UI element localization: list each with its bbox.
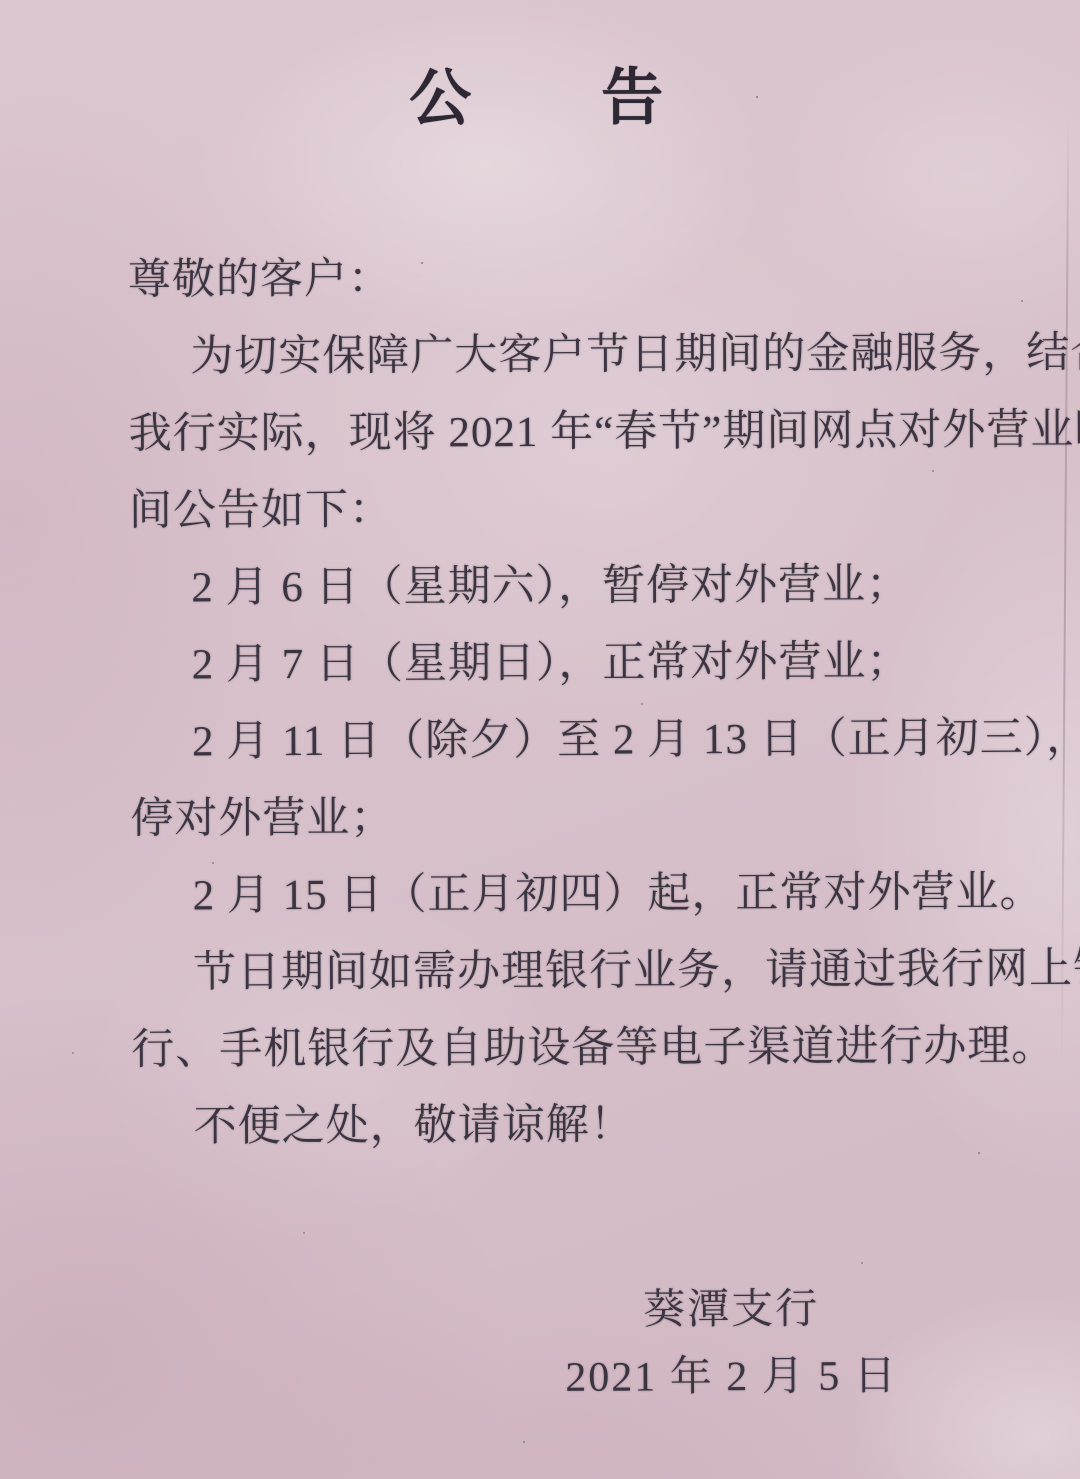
schedule-line: 2 月 11 日（除夕）至 2 月 13 日（正月初三），暂 bbox=[130, 700, 1080, 781]
notice-body: 尊敬的客户： 为切实保障广大客户节日期间的金融服务，结合 我行实际，现将 202… bbox=[128, 238, 1080, 1166]
schedule-line: 2 月 15 日（正月初四）起，正常对外营业。 bbox=[131, 854, 1080, 935]
body-line: 我行实际，现将 2021 年“春节”期间网点对外营业时 bbox=[128, 392, 1078, 473]
body-line: 行、手机银行及自助设备等电子渠道进行办理。 bbox=[131, 1008, 1080, 1089]
signature-branch: 葵潭支行 bbox=[565, 1276, 898, 1344]
schedule-line: 2 月 6 日（星期六），暂停对外营业； bbox=[129, 546, 1079, 627]
signature-block: 葵潭支行 2021 年 2 月 5 日 bbox=[565, 1276, 898, 1411]
salutation-line: 尊敬的客户： bbox=[128, 238, 1078, 319]
notice-paper: 公 告 尊敬的客户： 为切实保障广大客户节日期间的金融服务，结合 我行实际，现将… bbox=[0, 0, 1080, 1479]
schedule-line: 2 月 7 日（星期日），正常对外营业； bbox=[130, 623, 1080, 704]
body-line: 间公告如下： bbox=[129, 469, 1079, 550]
schedule-line: 停对外营业； bbox=[130, 777, 1080, 858]
notice-title: 公 告 bbox=[0, 46, 1077, 140]
notice-content: 公 告 尊敬的客户： 为切实保障广大客户节日期间的金融服务，结合 我行实际，现将… bbox=[0, 0, 1080, 1479]
body-line: 为切实保障广大客户节日期间的金融服务，结合 bbox=[128, 315, 1078, 396]
signature-date: 2021 年 2 月 5 日 bbox=[565, 1343, 898, 1411]
closing-line: 不便之处，敬请谅解！ bbox=[132, 1085, 1080, 1166]
body-line: 节日期间如需办理银行业务，请通过我行网上银 bbox=[131, 931, 1080, 1012]
